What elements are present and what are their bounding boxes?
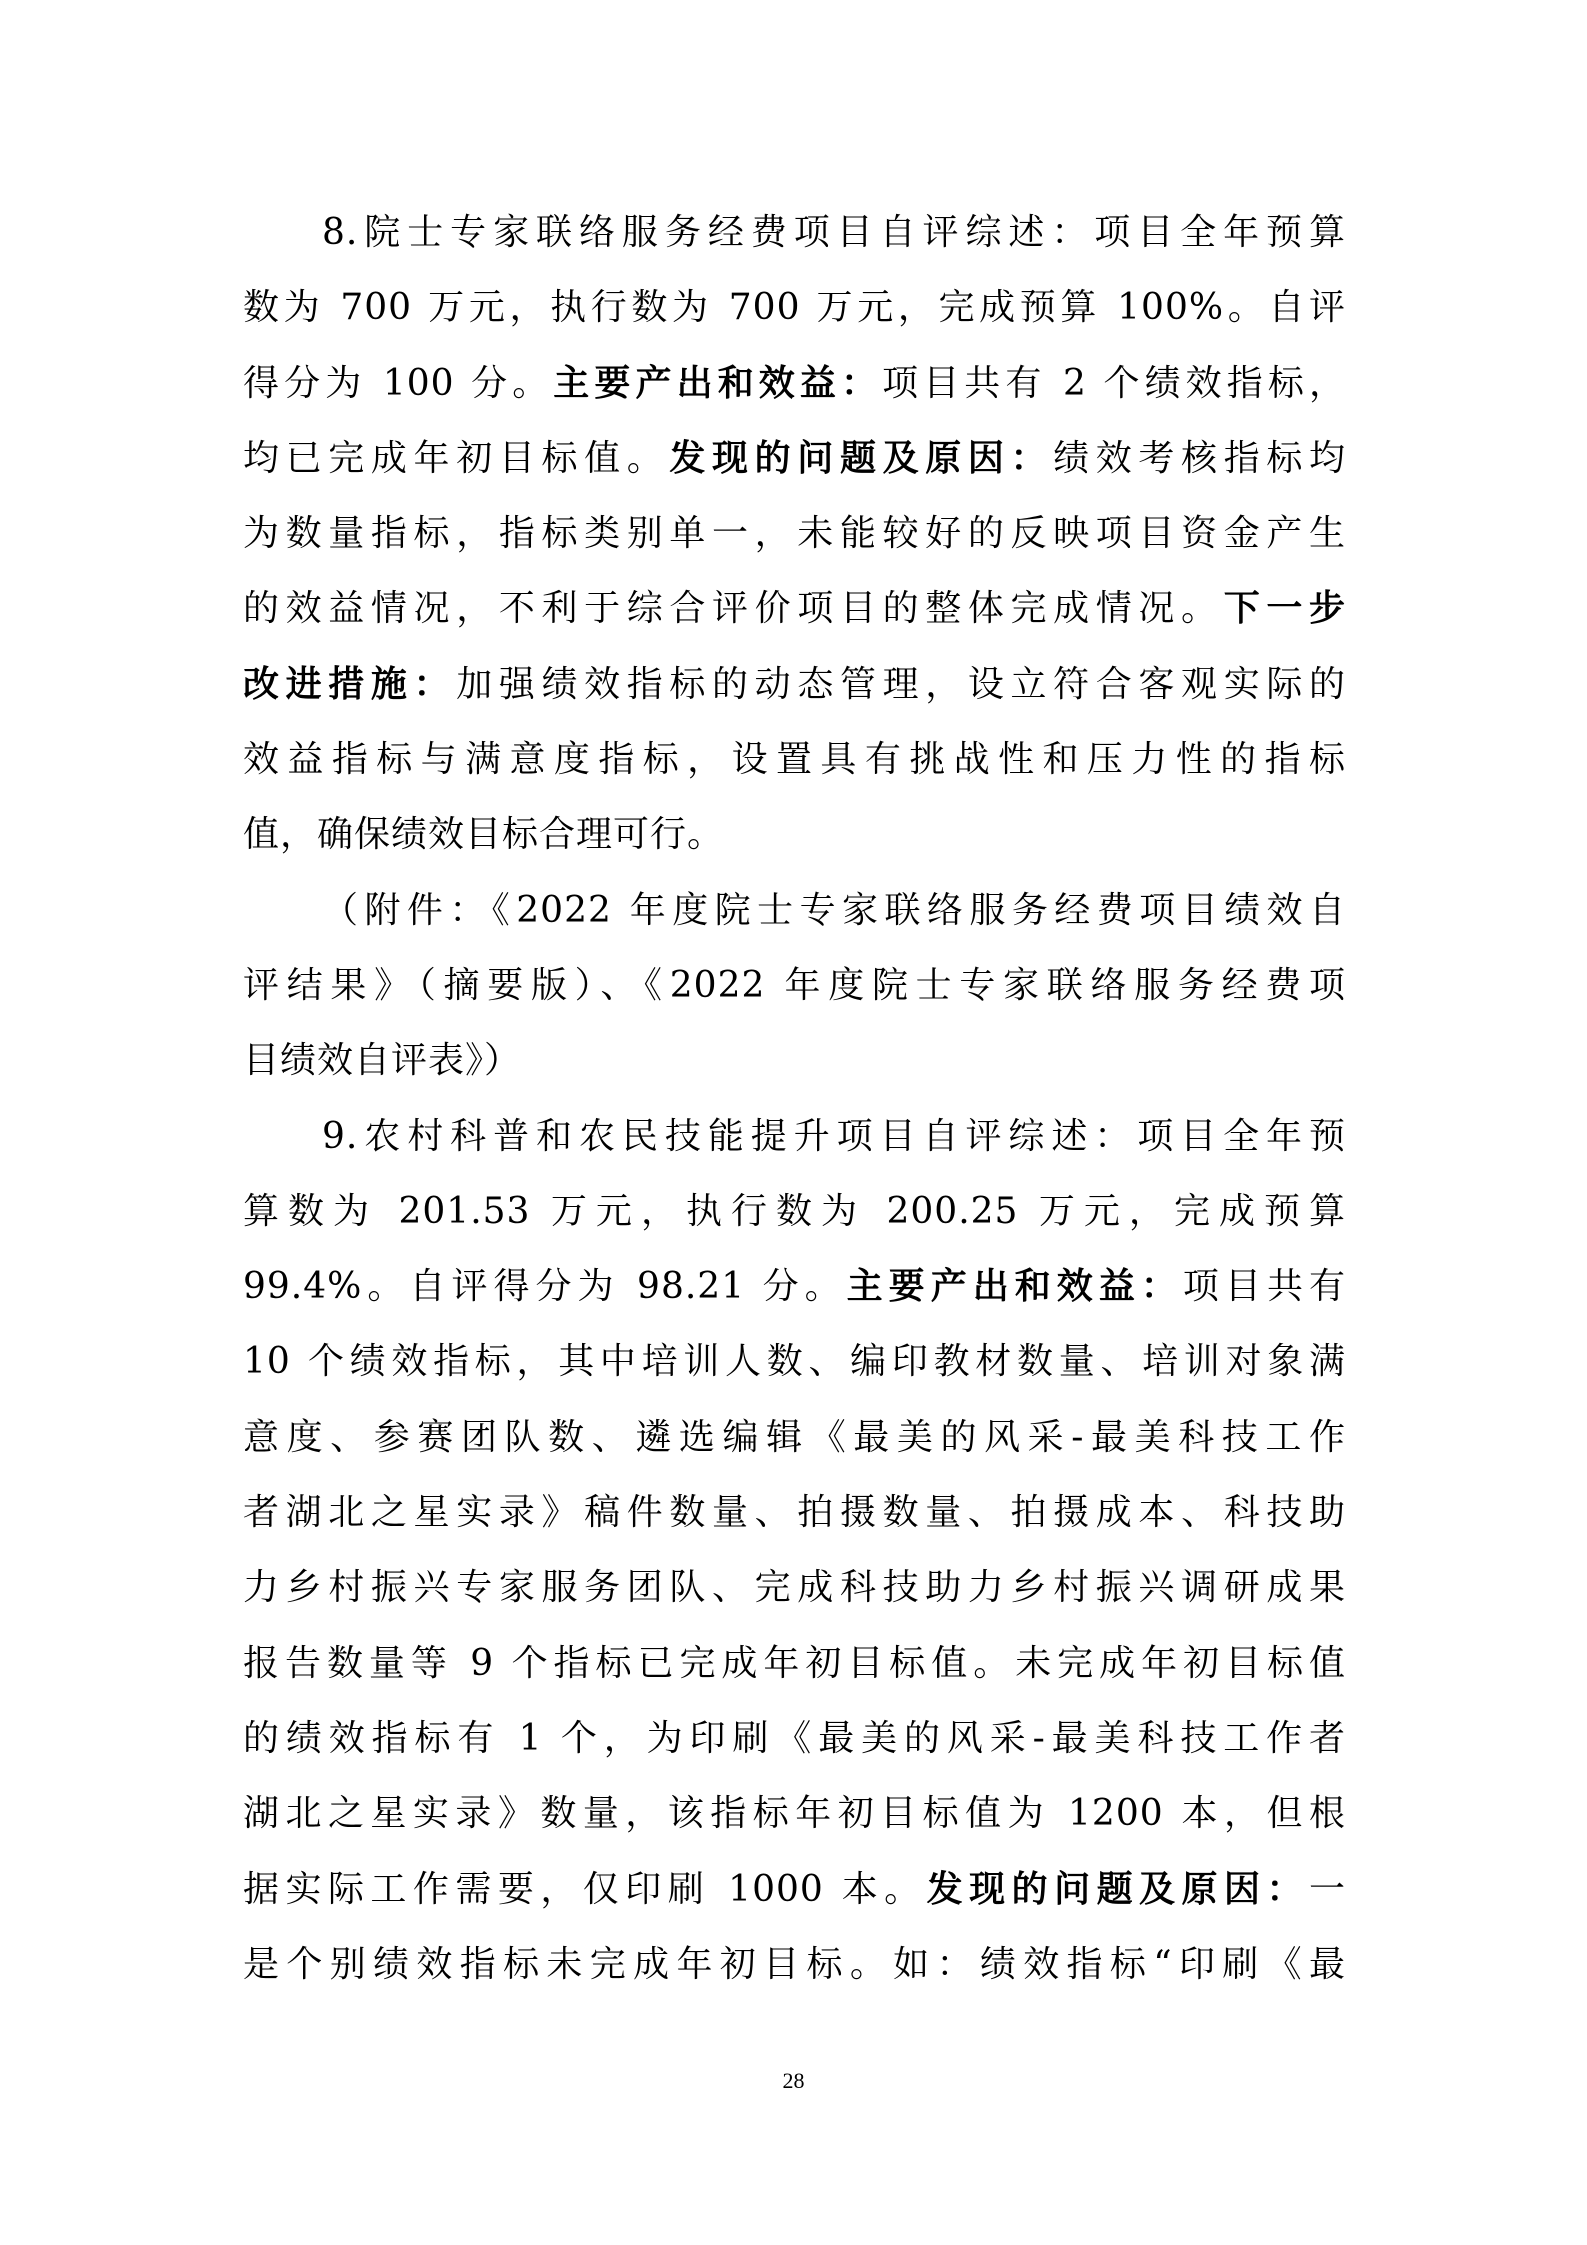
body-text-run: 绩效考核指标均 bbox=[1053, 438, 1346, 479]
body-text-run: 99.4%。自评得分为 98.21 分。 bbox=[243, 1266, 847, 1307]
text-line: 10 个绩效指标，其中培训人数、编印教材数量、培训对象满 bbox=[243, 1329, 1346, 1404]
text-line: （附件：《2022 年度院士专家联络服务经费项目绩效自 bbox=[243, 878, 1346, 953]
text-line: 99.4%。自评得分为 98.21 分。主要产出和效益：项目共有 bbox=[243, 1254, 1346, 1329]
body-text-run: 目绩效自评表》） bbox=[243, 1040, 521, 1081]
body-text-run: 值，确保绩效目标合理可行。 bbox=[243, 814, 724, 855]
body-text-run: 8.院士专家联络服务经费项目自评综述：项目全年预算 bbox=[322, 212, 1346, 253]
body-text-run: 一 bbox=[1309, 1869, 1346, 1910]
text-line: 值，确保绩效目标合理可行。 bbox=[243, 802, 1346, 877]
page-number: 28 bbox=[0, 2068, 1587, 2094]
text-line: 的绩效指标有 1 个，为印刷《最美的风采-最美科技工作者 bbox=[243, 1706, 1346, 1781]
body-text-run: 的效益情况，不利于综合评价项目的整体完成情况。 bbox=[243, 588, 1224, 629]
body-text-run: 评结果》（摘要版）、《2022 年度院士专家联络服务经费项 bbox=[243, 965, 1346, 1006]
body-text-run: 意度、参赛团队数、遴选编辑《最美的风采-最美科技工作 bbox=[243, 1417, 1346, 1458]
body-text-run: （附件：《2022 年度院士专家联络服务经费项目绩效自 bbox=[322, 890, 1346, 931]
text-line: 目绩效自评表》） bbox=[243, 1028, 1346, 1103]
text-line: 8.院士专家联络服务经费项目自评综述：项目全年预算 bbox=[243, 200, 1346, 275]
text-line: 得分为 100 分。主要产出和效益：项目共有 2 个绩效指标， bbox=[243, 351, 1346, 426]
text-line: 均已完成年初目标值。发现的问题及原因：绩效考核指标均 bbox=[243, 426, 1346, 501]
text-line: 力乡村振兴专家服务团队、完成科技助力乡村振兴调研成果 bbox=[243, 1555, 1346, 1630]
bold-heading-text: 改进措施： bbox=[243, 664, 456, 705]
body-text-run: 算数为 201.53 万元，执行数为 200.25 万元，完成预算 bbox=[243, 1191, 1346, 1232]
body-text-run: 是个别绩效指标未完成年初目标。如：绩效指标“印刷《最 bbox=[243, 1944, 1346, 1985]
body-text-run: 的绩效指标有 1 个，为印刷《最美的风采-最美科技工作者 bbox=[243, 1718, 1346, 1759]
text-line: 改进措施：加强绩效指标的动态管理，设立符合客观实际的 bbox=[243, 652, 1346, 727]
bold-heading-text: 发现的问题及原因： bbox=[669, 438, 1053, 479]
body-text-run: 报告数量等 9 个指标已完成年初目标值。未完成年初目标值 bbox=[243, 1643, 1346, 1684]
text-line: 为数量指标，指标类别单一，未能较好的反映项目资金产生 bbox=[243, 501, 1346, 576]
text-line: 湖北之星实录》数量，该指标年初目标值为 1200 本，但根 bbox=[243, 1781, 1346, 1856]
body-text-run: 效益指标与满意度指标，设置具有挑战性和压力性的指标 bbox=[243, 739, 1346, 780]
bold-heading-text: 主要产出和效益： bbox=[553, 363, 882, 404]
body-text-run: 湖北之星实录》数量，该指标年初目标值为 1200 本，但根 bbox=[243, 1793, 1346, 1834]
body-text-run: 数为 700 万元，执行数为 700 万元，完成预算 100%。自评 bbox=[243, 287, 1346, 328]
text-line: 的效益情况，不利于综合评价项目的整体完成情况。下一步 bbox=[243, 576, 1346, 651]
bold-heading-text: 发现的问题及原因： bbox=[927, 1869, 1309, 1910]
text-line: 据实际工作需要，仅印刷 1000 本。发现的问题及原因：一 bbox=[243, 1857, 1346, 1932]
text-line: 者湖北之星实录》稿件数量、拍摄数量、拍摄成本、科技助 bbox=[243, 1480, 1346, 1555]
body-text-run: 项目共有 2 个绩效指标， bbox=[882, 363, 1346, 404]
bold-heading-text: 主要产出和效益： bbox=[847, 1266, 1183, 1307]
body-text-run: 为数量指标，指标类别单一，未能较好的反映项目资金产生 bbox=[243, 513, 1346, 554]
text-line: 效益指标与满意度指标，设置具有挑战性和压力性的指标 bbox=[243, 727, 1346, 802]
body-text-run: 9.农村科普和农民技能提升项目自评综述：项目全年预 bbox=[322, 1116, 1346, 1157]
body-text-run: 力乡村振兴专家服务团队、完成科技助力乡村振兴调研成果 bbox=[243, 1567, 1346, 1608]
body-text: 8.院士专家联络服务经费项目自评综述：项目全年预算数为 700 万元，执行数为 … bbox=[243, 200, 1346, 2007]
body-text-run: 据实际工作需要，仅印刷 1000 本。 bbox=[243, 1869, 927, 1910]
body-text-run: 10 个绩效指标，其中培训人数、编印教材数量、培训对象满 bbox=[243, 1341, 1346, 1382]
text-line: 数为 700 万元，执行数为 700 万元，完成预算 100%。自评 bbox=[243, 275, 1346, 350]
text-line: 评结果》（摘要版）、《2022 年度院士专家联络服务经费项 bbox=[243, 953, 1346, 1028]
body-text-run: 加强绩效指标的动态管理，设立符合客观实际的 bbox=[456, 664, 1346, 705]
body-text-run: 得分为 100 分。 bbox=[243, 363, 553, 404]
bold-heading-text: 下一步 bbox=[1224, 588, 1346, 629]
text-line: 意度、参赛团队数、遴选编辑《最美的风采-最美科技工作 bbox=[243, 1405, 1346, 1480]
body-text-run: 者湖北之星实录》稿件数量、拍摄数量、拍摄成本、科技助 bbox=[243, 1492, 1346, 1533]
text-line: 算数为 201.53 万元，执行数为 200.25 万元，完成预算 bbox=[243, 1179, 1346, 1254]
text-line: 是个别绩效指标未完成年初目标。如：绩效指标“印刷《最 bbox=[243, 1932, 1346, 2007]
text-line: 9.农村科普和农民技能提升项目自评综述：项目全年预 bbox=[243, 1104, 1346, 1179]
text-line: 报告数量等 9 个指标已完成年初目标值。未完成年初目标值 bbox=[243, 1631, 1346, 1706]
document-page: 8.院士专家联络服务经费项目自评综述：项目全年预算数为 700 万元，执行数为 … bbox=[0, 0, 1587, 2245]
body-text-run: 均已完成年初目标值。 bbox=[243, 438, 669, 479]
body-text-run: 项目共有 bbox=[1183, 1266, 1346, 1307]
